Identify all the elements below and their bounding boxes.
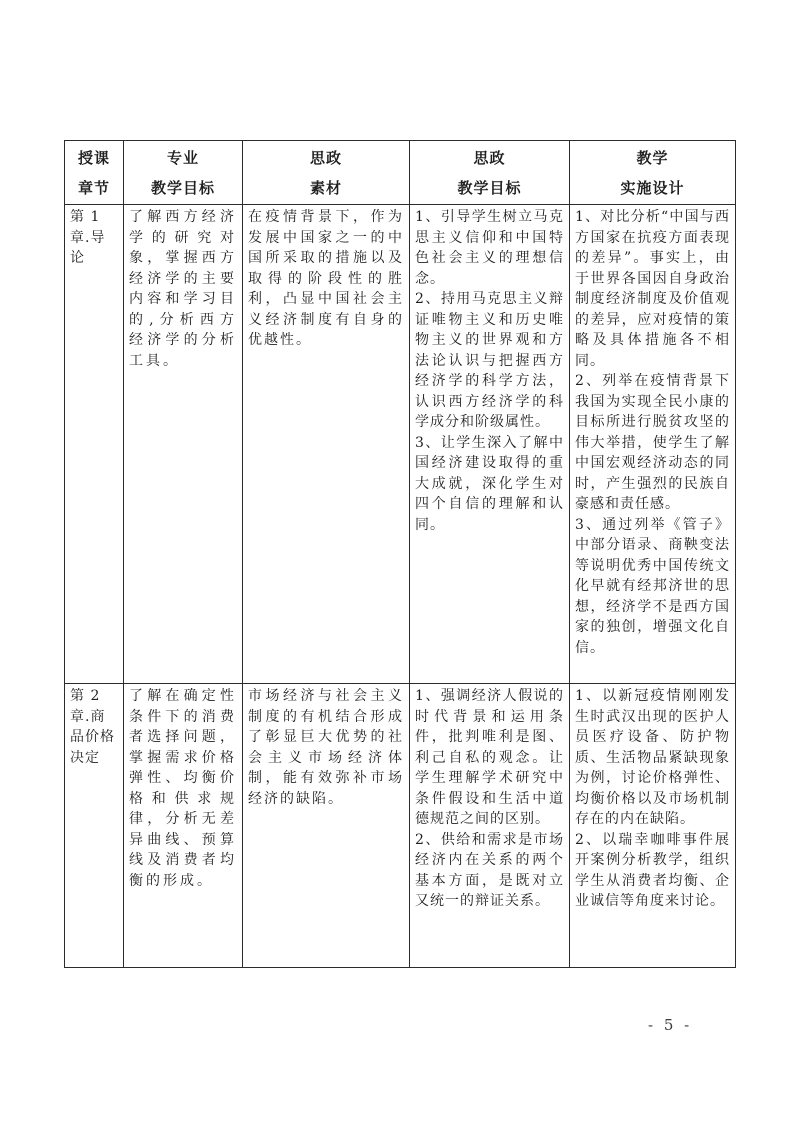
column-header-ideology-material: 思政 素材 bbox=[243, 141, 410, 205]
column-header-professional-goal: 专业 教学目标 bbox=[124, 141, 243, 205]
cell-chapter-2-ideology-goal: 1、强调经济人假说的时代背景和运用条件，批判唯利是图、利己自私的观念。让学生理解… bbox=[410, 684, 570, 968]
cell-chapter-1-teaching-design: 1、对比分析“中国与西方国家在抗疫方面表现的差异”。事实上，由于世界各国因自身政… bbox=[570, 205, 736, 684]
table-row-chapter-1: 第 1 章.导 论 了解西方经济学的研究对象，掌握西方经济学的主要内容和学习目的… bbox=[65, 205, 736, 684]
page-number: - 5 - bbox=[648, 1016, 692, 1034]
cell-chapter-1-ideology-goal: 1、引导学生树立马克思主义信仰和中国特色社会主义的理想信念。 2、持用马克思主义… bbox=[410, 205, 570, 684]
column-header-teaching-design: 教学 实施设计 bbox=[570, 141, 736, 205]
cell-chapter-2-professional-goal: 了解在确定性条件下的消费者选择问题，掌握需求价格弹性、均衡价格和供求规律，分析无… bbox=[124, 684, 243, 968]
cell-chapter-2-teaching-design: 1、以新冠疫情刚刚发生时武汉出现的医护人员医疗设备、防护物质、生活物品紧缺现象为… bbox=[570, 684, 736, 968]
column-header-ideology-goal: 思政 教学目标 bbox=[410, 141, 570, 205]
cell-chapter-1-professional-goal: 了解西方经济学的研究对象，掌握西方经济学的主要内容和学习目的,分析西方经济学的分… bbox=[124, 205, 243, 684]
cell-chapter-1-title: 第 1 章.导 论 bbox=[65, 205, 124, 684]
column-header-chapter: 授课 章节 bbox=[65, 141, 124, 205]
table-row-chapter-2: 第 2 章.商 品价格 决定 了解在确定性条件下的消费者选择问题，掌握需求价格弹… bbox=[65, 684, 736, 968]
syllabus-table: 授课 章节 专业 教学目标 思政 素材 思政 教学目标 教学 实施设计 第 1 … bbox=[64, 140, 736, 968]
cell-chapter-1-ideology-material: 在疫情背景下，作为发展中国家之一的中国所采取的措施以及取得的阶段性的胜利，凸显中… bbox=[243, 205, 410, 684]
cell-chapter-2-title: 第 2 章.商 品价格 决定 bbox=[65, 684, 124, 968]
cell-chapter-2-ideology-material: 市场经济与社会主义制度的有机结合形成了彰显巨大优势的社会主义市场经济体制，能有效… bbox=[243, 684, 410, 968]
header-row: 授课 章节 专业 教学目标 思政 素材 思政 教学目标 教学 实施设计 bbox=[65, 141, 736, 205]
document-page: 授课 章节 专业 教学目标 思政 素材 思政 教学目标 教学 实施设计 第 1 … bbox=[0, 0, 794, 1123]
